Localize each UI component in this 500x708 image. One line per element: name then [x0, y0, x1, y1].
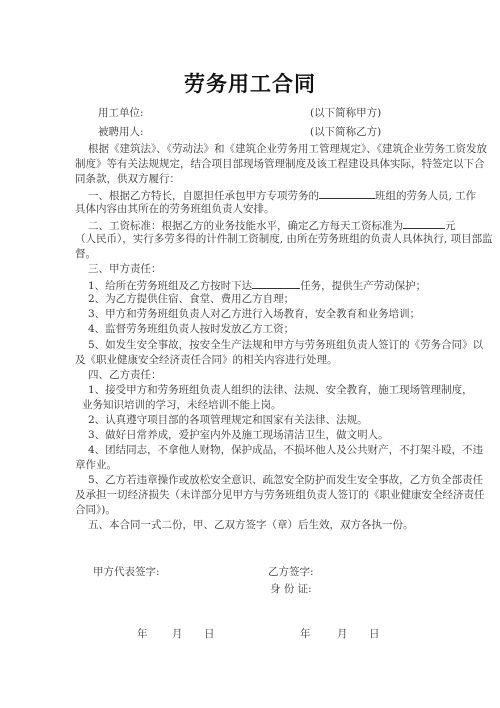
clause-2-line-3: 督。	[75, 248, 96, 260]
section-5: 五、本合同一式二份，甲、乙双方签字（章）后生效，双方各执一份。	[88, 519, 414, 531]
section-3-item-5-line-2: 及《职业健康安全经济责任合同》的相关内容进行处理。	[75, 354, 338, 366]
employer-note: (以下简称甲方)	[310, 107, 381, 119]
section-3-item-5-line-1: 5、如发生安全事故，按安全生产法规和甲方与劳务班组负责人签订的《劳务合同》以	[88, 339, 483, 351]
section-3-item-1: 1、给所在劳务班组及乙方按时下达任务，提供生产劳动保护；	[88, 278, 426, 292]
preamble-line-2: 制度》等有关法规规定，结合项目部现场管理制度及该工程建设具体实际，特签定以下合	[75, 158, 485, 170]
section-4-item-4-line-1: 4、团结同志，不拿他人财物，保护成品，不损坏他人及公共财产，不打架斗殴，不违	[88, 444, 483, 456]
clause-1-text-post: 班组的劳务人员, 工作	[375, 190, 476, 202]
clause-1-text-pre: 一、根据乙方特长，自愿担任承包甲方专项劳务的	[88, 190, 319, 202]
party-b-signature-label: 乙方签字:	[268, 566, 314, 578]
clause-2-text-post: 元	[445, 220, 456, 232]
clause-1-line-2: 具体内容由其所在的劳务班组负责人安排。	[75, 203, 275, 215]
id-card-label: 身 份 证:	[270, 583, 312, 595]
section-3-item-4: 4、监督劳务班组负责人按时发放乙方工资；	[88, 323, 294, 335]
section-3-item-2: 2、为乙方提供住宿、食堂、费用乙方自理；	[88, 293, 294, 305]
clause-2-line-1: 二、工资标准：根据乙方的业务技能水平，确定乙方每天工资标准为元	[88, 218, 456, 232]
party-b-date-day: 日	[369, 628, 380, 640]
section-4-item-3: 3、做好日常养成，爱护室内外及施工现场清洁卫生，做文明人。	[88, 429, 389, 441]
section-4-item-4-line-2: 章作业。	[75, 459, 117, 471]
preamble-line-1: 根据《建筑法》、《劳动法》和《建筑企业劳务用工管理规定》、《建筑企业劳务工资发放	[88, 143, 487, 155]
section-4-item-1-line-2: 业务知识培训的学习，未经培训不能上岗。	[82, 399, 282, 411]
party-a-date-day: 日	[204, 628, 215, 640]
section-4-item-5-line-1: 5、乙方若违章操作或放松安全意识、疏忽安全防护而发生安全事故，乙方负全部责任	[88, 474, 483, 486]
section-4-item-5-line-3: 合同》)。	[75, 504, 116, 516]
clause-2-line-2: （人民币），实行多劳多得的计件制工资制度, 由所在劳务班组的负责人具体执行, 项…	[75, 233, 493, 245]
party-b-date-year: 年	[300, 628, 311, 640]
party-a-date-month: 月	[172, 628, 183, 640]
section-4-item-1-line-1: 1、接受甲方和劳务班组负责人组织的法律、法规、安全教育，施工现场管理制度，	[88, 384, 473, 396]
section-4-item-2: 2、认真遵守项目部的各项管理规定和国家有关法律、法规。	[88, 414, 368, 426]
clause-2-text-pre: 二、工资标准：根据乙方的业务技能水平，确定乙方每天工资标准为	[88, 220, 403, 232]
section-3-item-3: 3、甲方和劳务班组负责人对乙方进行入场教育，安全教育和业务培训；	[88, 308, 420, 320]
party-b-date-month: 月	[337, 628, 348, 640]
employee-label: 被聘用人:	[98, 126, 144, 138]
section-3-item-1-post: 任务，提供生产劳动保护；	[300, 280, 426, 292]
employer-label: 用工单位:	[98, 107, 144, 119]
preamble-line-3: 同条款，供双方履行：	[75, 173, 180, 185]
team-name-blank[interactable]	[319, 188, 375, 199]
section-4-item-5-line-2: 及承担一切经济损失（未详部分见甲方与劳务班组负责人签订的《职业健康安全经济责任	[75, 489, 485, 501]
party-a-date-year: 年	[137, 628, 148, 640]
section-4-heading: 四、乙方责任：	[88, 369, 162, 381]
clause-1-line-1: 一、根据乙方特长，自愿担任承包甲方专项劳务的班组的劳务人员, 工作	[88, 188, 476, 202]
task-blank[interactable]	[252, 278, 300, 289]
document-title: 劳务用工合同	[0, 68, 500, 98]
party-a-signature-label: 甲方代表签字:	[93, 566, 160, 578]
section-3-heading: 三、甲方责任：	[88, 263, 162, 275]
daily-wage-blank[interactable]	[403, 218, 445, 229]
employee-note: (以下简称乙方)	[310, 126, 381, 138]
section-3-item-1-pre: 1、给所在劳务班组及乙方按时下达	[88, 280, 252, 292]
